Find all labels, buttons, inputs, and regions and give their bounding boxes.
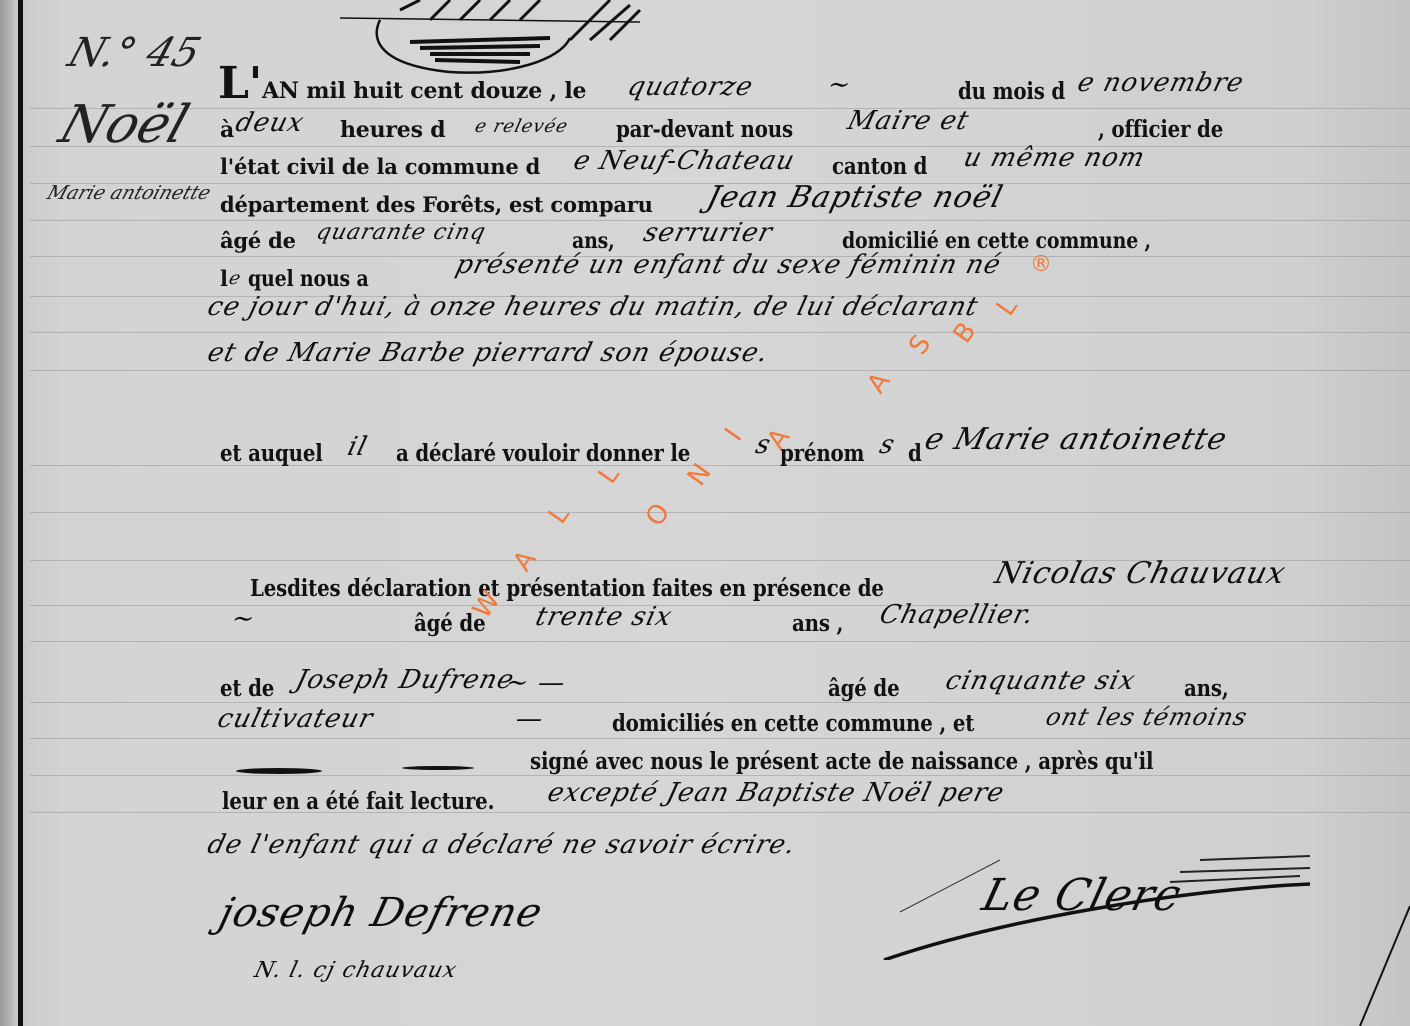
handwritten-canton: u même nom — [961, 143, 1149, 173]
printed-text: signé avec nous le présent acte de naiss… — [530, 748, 1153, 775]
handwritten-witness2-age: cinquante six — [943, 666, 1139, 696]
handwritten-witness2-occupation: cultivateur — [215, 704, 377, 734]
handwritten-declarant-name: Jean Baptiste noël — [703, 180, 1007, 215]
handwritten-illiterate-note: de l'enfant qui a déclaré ne savoir écri… — [205, 830, 800, 860]
handwritten-month: e novembre — [1075, 68, 1248, 98]
handwritten-filler-stroke — [402, 766, 474, 770]
margin-rule-line — [18, 0, 23, 1026]
ruled-line — [30, 370, 1410, 371]
margin-surname: Noël — [52, 95, 196, 155]
printed-text: leur en a été fait lecture. — [222, 788, 494, 815]
printed-text: Lesdites déclaration et présentation fai… — [250, 575, 884, 602]
handwritten-fill: il — [345, 432, 371, 462]
printed-text: quel nous a — [248, 266, 369, 292]
printed-text: canton d — [832, 153, 927, 180]
handwritten-filler: ~ — — [503, 668, 570, 698]
watermark-letter: A — [508, 545, 543, 577]
handwritten-time-of-day: e relevée — [473, 116, 571, 137]
printed-text: l'état civil de la commune d — [220, 154, 540, 179]
handwritten-fill: e — [227, 268, 244, 289]
handwritten-mother: et de Marie Barbe pierrard son épouse. — [205, 338, 772, 368]
printed-text: ans, — [1184, 675, 1229, 702]
printed-text: , officier de — [1098, 116, 1223, 143]
printed-text: et auquel — [220, 440, 323, 467]
signature-officer-flourish — [880, 840, 1340, 960]
handwritten-witness1-age: trente six — [533, 602, 676, 632]
handwritten-declarant-age: quarante cinq — [314, 220, 489, 245]
printed-text: ans , — [792, 610, 843, 637]
handwritten-officer-title: Maire et — [845, 106, 973, 136]
handwritten-commune: e Neuf-Chateau — [571, 146, 799, 176]
handwritten-exception: excepté Jean Baptiste Noël pere — [545, 778, 1008, 808]
watermark-registered-mark: ® — [1030, 252, 1052, 277]
handwritten-hour: deux — [233, 108, 308, 138]
signature-witness1: N. l. cj chauvaux — [252, 958, 460, 983]
watermark-letter: S — [903, 330, 937, 361]
printed-text: domiciliés en cette commune , et — [612, 710, 974, 737]
handwritten-day: quatorze — [625, 72, 757, 102]
handwritten-presentation: présenté un enfant du sexe féminin né — [453, 250, 1005, 280]
page-corner-line — [1350, 906, 1410, 1026]
handwritten-witness1-name: Nicolas Chauvaux — [991, 556, 1289, 591]
printed-text: AN mil huit cent douze , le — [262, 78, 586, 104]
printed-text: département des Forêts, est comparu — [220, 192, 653, 217]
printed-text: âgé de — [220, 228, 296, 253]
ruled-line — [30, 332, 1410, 333]
ruled-line — [30, 775, 1410, 776]
watermark-letter: I — [719, 423, 748, 446]
signature-witness2: joseph Defrene — [215, 890, 548, 936]
handwritten-declarant-occupation: serrurier — [641, 218, 776, 248]
handwritten-birth-time: ce jour d'hui, à onze heures du matin, d… — [205, 292, 982, 322]
handwritten-filler: — — [513, 704, 547, 734]
handwritten-filler: ~ — [229, 604, 259, 634]
handwritten-witness1-occupation: Chapellier. — [877, 600, 1038, 630]
watermark-letter: O — [640, 498, 676, 532]
printed-text: âgé de — [828, 675, 900, 702]
printed-text: a déclaré vouloir donner le — [396, 440, 690, 467]
drop-cap: L' — [218, 62, 262, 106]
handwritten-child-names: e Marie antoinette — [921, 422, 1231, 457]
printed-text: et de — [220, 675, 274, 702]
margin-given-names: Marie antoinette — [44, 182, 213, 204]
printed-text: par-devant nous — [616, 116, 793, 143]
watermark-letter: A — [862, 367, 897, 399]
ruled-line — [30, 738, 1410, 739]
header-flourish-signature — [340, 0, 660, 80]
ruled-line — [30, 512, 1410, 513]
printed-text: âgé de — [414, 610, 486, 637]
watermark-letter: L — [543, 500, 576, 529]
margin-record-number: N.° 45 — [63, 30, 207, 76]
printed-text: d — [908, 440, 922, 467]
watermark-letter: B — [948, 317, 983, 349]
handwritten-filler: ~ — [825, 70, 855, 100]
handwritten-fill: s — [877, 430, 899, 460]
ruled-line — [30, 641, 1410, 642]
handwritten-filler-stroke — [236, 768, 322, 774]
printed-text: heures d — [340, 117, 445, 143]
printed-text: à — [220, 117, 234, 143]
handwritten-witness2-name: Joseph Dufrene — [293, 665, 518, 695]
handwritten-witnesses-signed: ont les témoins — [1043, 703, 1250, 731]
printed-text: du mois d — [958, 78, 1065, 105]
